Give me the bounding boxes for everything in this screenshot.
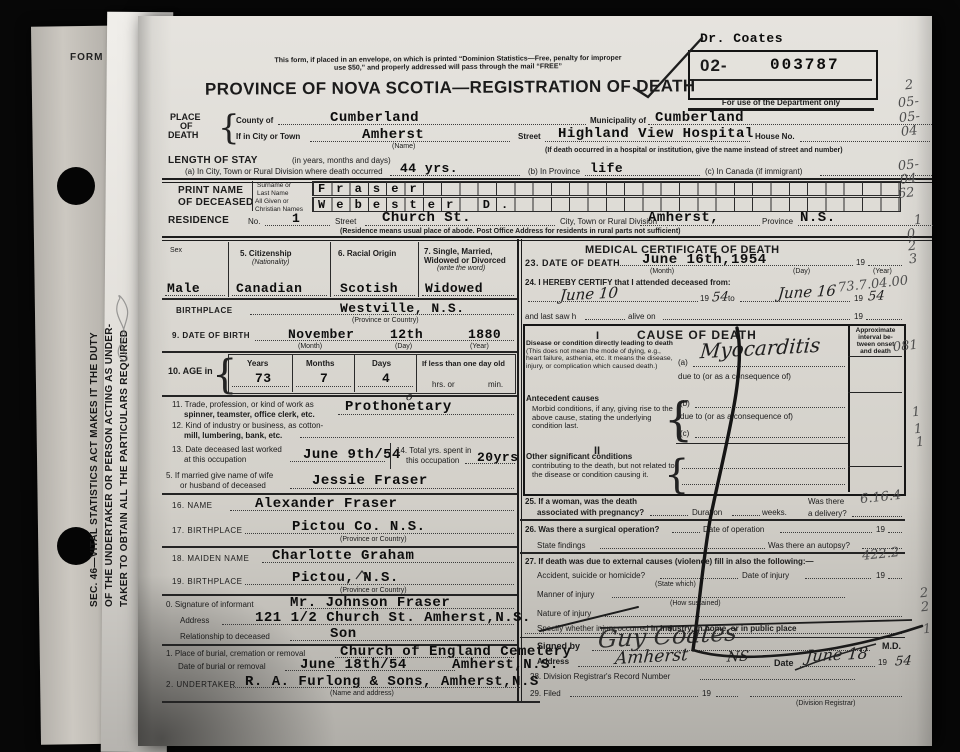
pencil-mark: 04 [900,123,918,140]
pencil-mark: 2 [920,600,930,616]
pencil-mark: 422.2 [861,545,900,564]
pencil-mark: 1 [915,435,925,451]
pencil-mark: 73.7.04.00 [837,273,908,295]
pencil-mark: 6.16.4 [859,488,902,507]
pencil-marks-layer: 205-05-0405-0462102373.7.04.000811116.16… [0,0,960,752]
pencil-mark: 2 [904,78,914,94]
scanned-death-registration: FORM SEC. 46—VITAL STATISTICS ACT MAKES … [0,0,960,752]
pencil-mark: 62 [897,185,915,202]
pencil-mark: 1 [922,622,932,638]
pencil-mark: 3 [908,252,918,268]
pencil-mark: 1 [911,405,921,421]
pencil-mark: 1 [913,213,923,229]
pencil-mark: 081 [892,338,918,356]
